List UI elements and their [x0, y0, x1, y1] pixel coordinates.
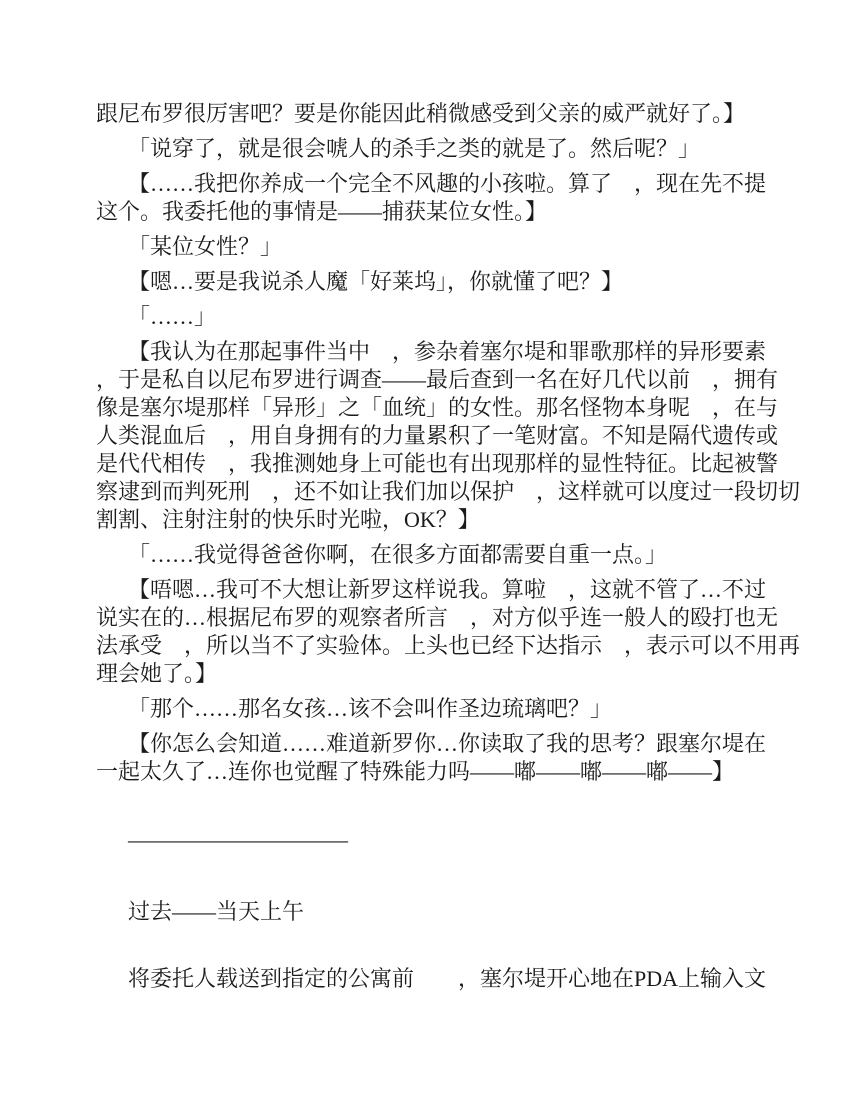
text-line: 「某位女性？」: [96, 233, 757, 261]
text-line: 跟尼布罗很厉害吧？要是你能因此稍微感受到父亲的威严就好了。】: [96, 100, 757, 128]
text-line: 人类混血后 ，用自身拥有的力量累积了一笔财富。不知是隔代遗传或: [96, 422, 757, 450]
paragraph: 【……我把你养成一个完全不风趣的小孩啦。算了 ，现在先不提这个。我委托他的事情是…: [96, 170, 757, 226]
text-line: 【我认为在那起事件当中 ，参杂着塞尔堤和罪歌那样的异形要素: [96, 338, 757, 366]
text-line: 【唔嗯…我可不大想让新罗这样说我。算啦 ，这就不管了…不过: [96, 576, 757, 604]
text-line: 这个。我委托他的事情是——捕获某位女性。】: [96, 198, 757, 226]
paragraph: 【嗯…要是我说杀人魔「好莱坞」，你就懂了吧？】: [96, 268, 757, 296]
body-paragraphs: 跟尼布罗很厉害吧？要是你能因此稍微感受到父亲的威严就好了。】「说穿了，就是很会唬…: [96, 100, 757, 786]
text-line: 「那个……那名女孩…该不会叫作圣边琉璃吧？」: [96, 695, 757, 723]
text-column: 跟尼布罗很厉害吧？要是你能因此稍微感受到父亲的威严就好了。】「说穿了，就是很会唬…: [96, 100, 757, 993]
text-line: 「……我觉得爸爸你啊，在很多方面都需要自重一点。」: [96, 541, 757, 569]
text-line: 「说穿了，就是很会唬人的杀手之类的就是了。然后呢？」: [96, 135, 757, 163]
text-line: 像是塞尔堤那样「异形」之「血统」的女性。那名怪物本身呢 ，在与: [96, 394, 757, 422]
paragraph: 「……我觉得爸爸你啊，在很多方面都需要自重一点。」: [96, 541, 757, 569]
text-line: 是代代相传 ，我推测她身上可能也有出现那样的显性特征。比起被警: [96, 450, 757, 478]
text-line: 法承受 ，所以当不了实验体。上头也已经下达指示 ，表示可以不用再: [96, 632, 757, 660]
paragraph: 【唔嗯…我可不大想让新罗这样说我。算啦 ，这就不管了…不过说实在的…根据尼布罗的…: [96, 576, 757, 688]
text-line: 割割、注射注射的快乐时光啦，OK？】: [96, 506, 757, 534]
paragraph: 「说穿了，就是很会唬人的杀手之类的就是了。然后呢？」: [96, 135, 757, 163]
text-line: 【……我把你养成一个完全不风趣的小孩啦。算了 ，现在先不提: [96, 170, 757, 198]
paragraph: 「那个……那名女孩…该不会叫作圣边琉璃吧？」: [96, 695, 757, 723]
text-line: 察逮到而判死刑 ，还不如让我们加以保护 ，这样就可以度过一段切切: [96, 478, 757, 506]
text-line: ，于是私自以尼布罗进行调查——最后查到一名在好几代以前 ，拥有: [96, 366, 757, 394]
scene-divider: ——————————: [96, 826, 757, 854]
paragraph: 【我认为在那起事件当中 ，参杂着塞尔堤和罪歌那样的异形要素，于是私自以尼布罗进行…: [96, 338, 757, 534]
text-line: 理会她了。】: [96, 660, 757, 688]
text-line: 一起太久了…连你也觉醒了特殊能力吗——嘟——嘟——嘟——】: [96, 758, 757, 786]
text-line: 说实在的…根据尼布罗的观察者所言 ，对方似乎连一般人的殴打也无: [96, 604, 757, 632]
scene-heading: 过去——当天上午: [96, 898, 757, 926]
paragraph: 【你怎么会知道……难道新罗你…你读取了我的思考？跟塞尔堤在一起太久了…连你也觉醒…: [96, 730, 757, 786]
paragraph: 「……」: [96, 303, 757, 331]
text-line: 【嗯…要是我说杀人魔「好莱坞」，你就懂了吧？】: [96, 268, 757, 296]
paragraph: 「某位女性？」: [96, 233, 757, 261]
text-line: 【你怎么会知道……难道新罗你…你读取了我的思考？跟塞尔堤在: [96, 730, 757, 758]
document-page: 跟尼布罗很厉害吧？要是你能因此稍微感受到父亲的威严就好了。】「说穿了，就是很会唬…: [0, 0, 850, 1100]
text-line: 「……」: [96, 303, 757, 331]
scene-opening-line: 将委托人载送到指定的公寓前 ，塞尔堤开心地在PDA上输入文: [96, 965, 757, 993]
paragraph: 跟尼布罗很厉害吧？要是你能因此稍微感受到父亲的威严就好了。】: [96, 100, 757, 128]
